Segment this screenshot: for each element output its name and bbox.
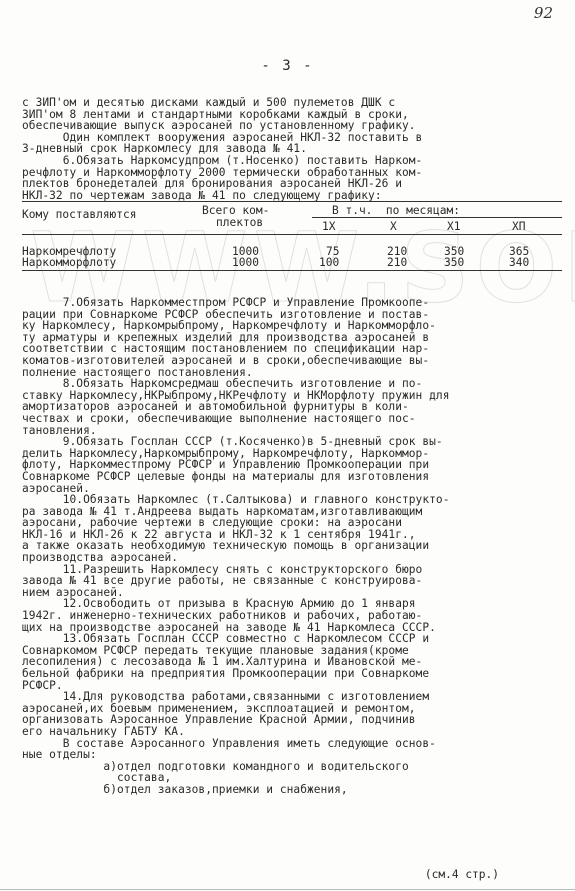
text-line: чествах и сроки, обеспечивающие выполнен… [22,413,562,425]
text-line: б)отдел заказов,приемки и снабжения, [22,784,562,796]
text-line: В составе Аэросанного Управления иметь с… [22,738,562,750]
header-month: X [390,220,397,233]
text-line: 6.Обязать Наркомсудпром (т.Носенко) пост… [22,155,562,167]
header-month: 1X [322,220,335,233]
text-line: 10.Обязать Наркомлес (т.Салтыкова) и гла… [22,494,562,506]
row-total: 1000 [232,256,259,269]
text-line: плектов бронедеталей для бронирования аэ… [22,178,562,190]
body-text-before-table: с ЗИП'ом и десятью дисками каждый и 500 … [22,97,562,201]
header-month: X1 [447,220,460,233]
table-rule-months [312,217,562,218]
text-line: 8.Обязать Наркомсредмаш обеспечить изгот… [22,378,562,390]
document-page: WWW.SOLDAT.ru 92 - 3 - с ЗИП'ом и десять… [0,0,575,891]
text-line: Совнаркоме РСФСР целевые фонды на матери… [22,471,562,483]
table-rule-bottom [22,270,562,271]
row-month-value: 340 [509,256,529,269]
table-rule-top [22,201,562,202]
text-line: с ЗИП'ом и десятью дисками каждый и 500 … [22,97,562,109]
text-line: НКЛ-32 по чертежам завода № 41 по следую… [22,190,562,202]
text-line: коматов-изготовителей аэросаней и в срок… [22,355,562,367]
table-rule-header [22,234,562,235]
row-month-value: 210 [387,256,407,269]
row-month-value: 350 [444,256,464,269]
header-total-line2: плектов [216,216,263,229]
row-month-value: 100 [319,256,339,269]
text-line: 9.Обязать Госплан СССР (т.Косяченко)в 5-… [22,436,562,448]
text-line: 7.Обязать Наркомместпром РСФСР и Управле… [22,297,562,309]
row-recipient: Наркомморфлоту [22,256,116,269]
header-months-group: В т.ч. по месяцам: [332,204,460,217]
page-number: - 3 - [0,58,575,74]
text-line: 1942г. инженерно-технических работников … [22,610,562,622]
text-line: его начальнику ГАБТУ КА. [22,726,562,738]
header-month: XП [512,220,525,233]
text-line: ные отделы: [22,749,562,761]
header-recipient: Кому поставляются [22,208,137,221]
body-text-after-table: 7.Обязать Наркомместпром РСФСР и Управле… [22,297,562,796]
text-line: производства аэросаней. [22,552,562,564]
text-line: бельной фабрики на предприятия Промкоопе… [22,668,562,680]
page-bottom-edge [0,889,575,890]
continuation-note: (см.4 стр.) [425,868,499,881]
archive-page-number: 92 [534,4,553,22]
